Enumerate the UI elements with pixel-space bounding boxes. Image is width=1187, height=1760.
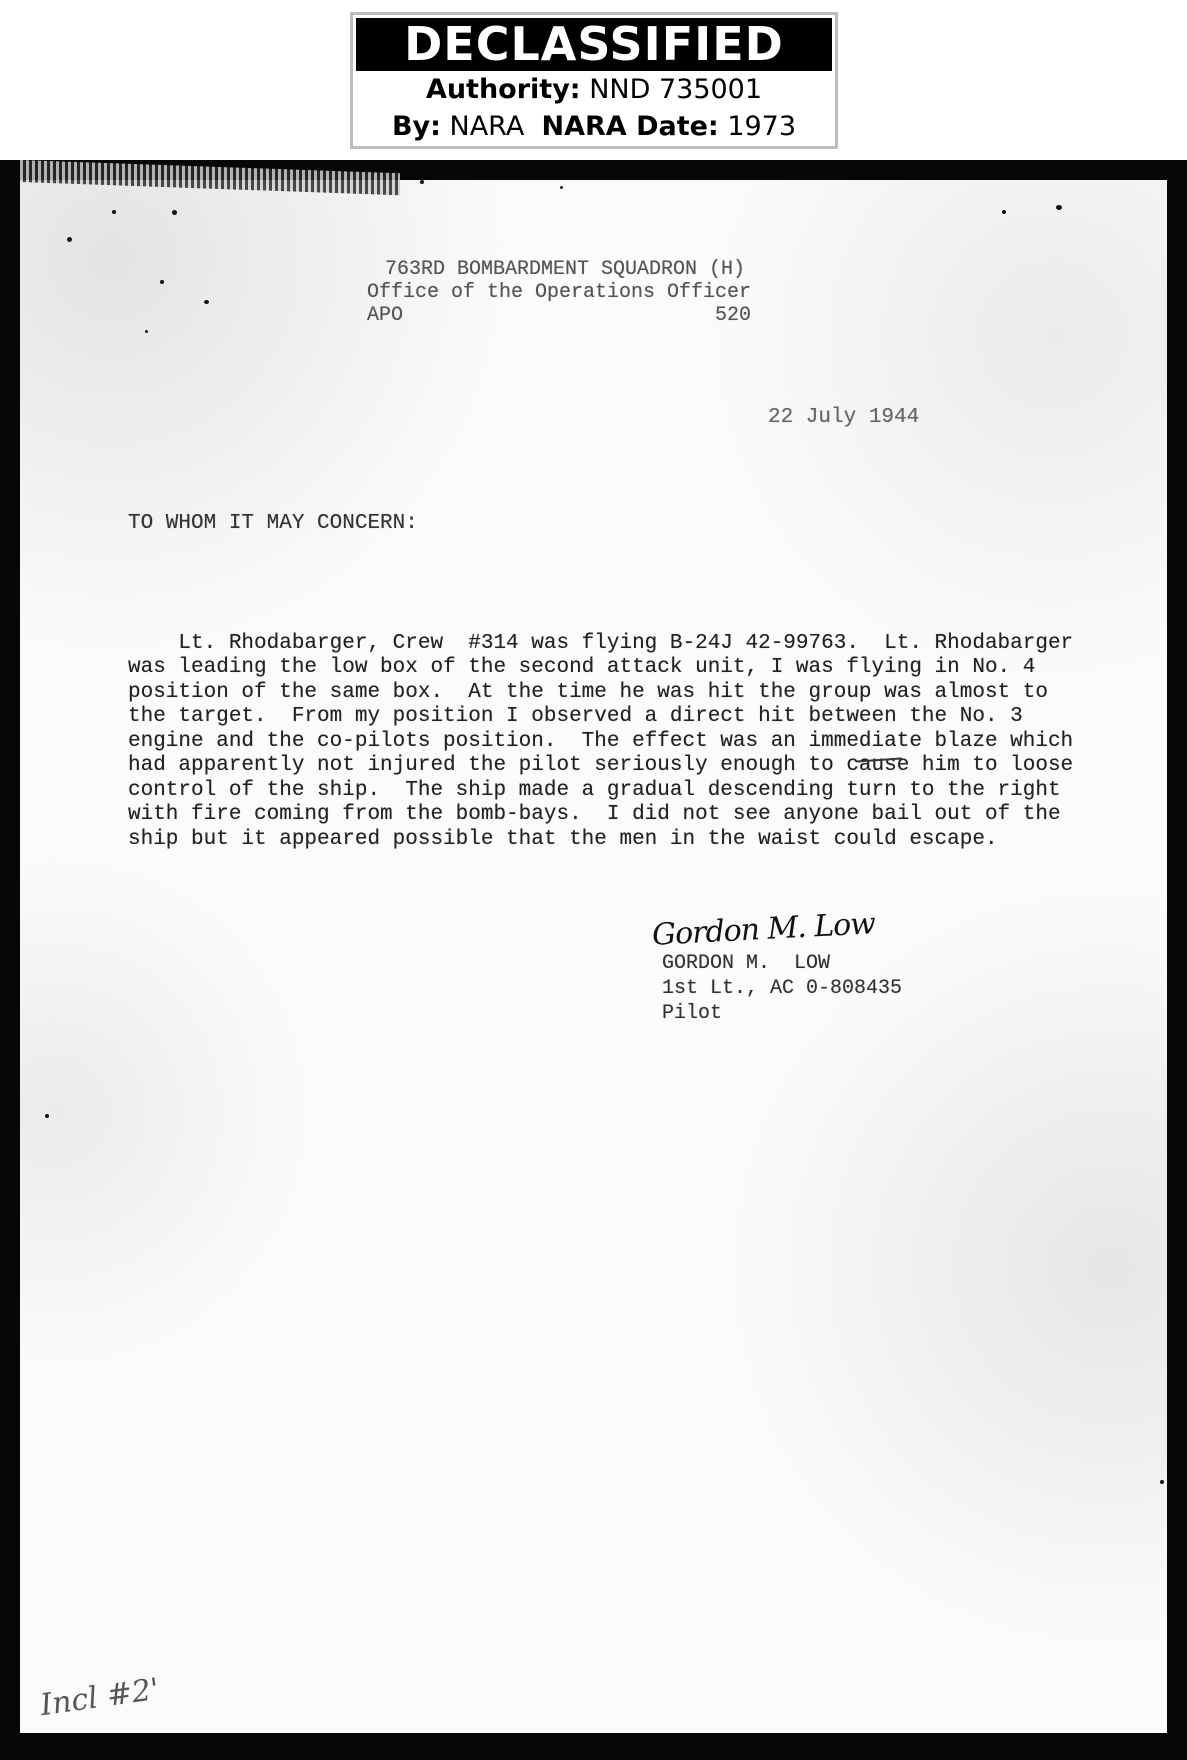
dust-speck	[67, 237, 72, 242]
body-line: was leading the low box of the second at…	[128, 656, 1073, 681]
signer-rank: 1st Lt., AC 0-808435	[662, 976, 902, 1001]
letter-body: Lt. Rhodabarger, Crew #314 was flying B-…	[128, 607, 1073, 877]
dust-speck	[1056, 205, 1062, 210]
dust-speck	[112, 210, 116, 214]
letterhead: 763RD BOMBARDMENT SQUADRON (H)Office of …	[367, 258, 751, 327]
letterhead-unit: 763RD BOMBARDMENT SQUADRON (H)	[367, 258, 751, 281]
dust-speck	[560, 186, 563, 189]
dust-speck	[45, 1114, 49, 1118]
stamp-by-value: NARA	[450, 111, 525, 142]
stamp-by-label: By:	[392, 111, 441, 142]
stamp-authority-value: NND 735001	[589, 74, 762, 105]
body-line: Lt. Rhodabarger, Crew #314 was flying B-…	[128, 632, 1073, 657]
stamp-title: DECLASSIFIED	[356, 18, 832, 71]
document-date: 22 July 1944	[768, 406, 919, 431]
stamp-authority-label: Authority:	[426, 74, 581, 105]
stamp-by: By: NARA NARA Date: 1973	[353, 108, 835, 145]
dust-speck	[1002, 210, 1006, 214]
letterhead-office: Office of the Operations Officer	[367, 281, 751, 304]
dust-speck	[172, 210, 177, 215]
dust-speck	[160, 280, 164, 284]
scanned-page	[20, 180, 1167, 1733]
stamp-date-label: NARA Date:	[542, 111, 719, 142]
body-line: ship but it appeared possible that the m…	[128, 828, 1073, 853]
stamp-authority: Authority: NND 735001	[353, 71, 835, 108]
signer-name: GORDON M. LOW	[662, 951, 902, 976]
body-line: control of the ship. The ship made a gra…	[128, 779, 1073, 804]
body-line: with fire coming from the bomb-bays. I d…	[128, 803, 1073, 828]
stamp-date-value: 1973	[727, 111, 796, 142]
body-line: had apparently not injured the pilot ser…	[128, 754, 1073, 779]
dust-speck	[1160, 1480, 1164, 1484]
salutation: TO WHOM IT MAY CONCERN:	[128, 512, 418, 537]
signer-role: Pilot	[662, 1001, 902, 1026]
dust-speck	[145, 330, 148, 333]
letterhead-apo: APO 520	[367, 304, 751, 327]
declassified-stamp: DECLASSIFIED Authority: NND 735001 By: N…	[350, 12, 838, 149]
body-line: engine and the co-pilots position. The e…	[128, 730, 1073, 755]
dust-speck	[420, 180, 424, 184]
body-line: position of the same box. At the time he…	[128, 681, 1073, 706]
signature-block: GORDON M. LOW1st Lt., AC 0-808435Pilot	[662, 951, 902, 1026]
dust-speck	[204, 300, 209, 304]
body-line: the target. From my position I observed …	[128, 705, 1073, 730]
